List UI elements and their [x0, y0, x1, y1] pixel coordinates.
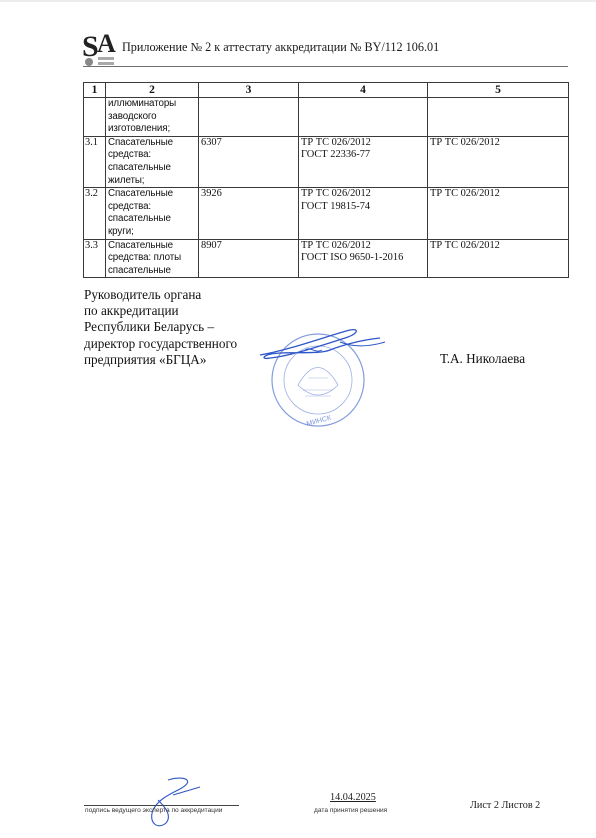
methods-cell: ТР ТС 026/2012 [428, 188, 569, 239]
product-name-line: средства: плоты [108, 252, 196, 265]
position-line: директор государственного [84, 336, 237, 352]
column-header: 4 [299, 83, 428, 98]
svg-text:A: A [97, 29, 116, 58]
product-name-line: Спасательные [108, 188, 196, 201]
requirement-line: ТР ТС 026/2012 [301, 188, 425, 201]
table-row: 3.2Спасательныесредства:спасательныекруг… [84, 188, 569, 239]
bsca-logo-icon: S A [82, 26, 118, 68]
product-name-cell: иллюминаторызаводскогоизготовления; [106, 98, 199, 137]
product-name-line: спасательные [108, 162, 196, 175]
position-line: предприятия «БГЦА» [84, 352, 237, 368]
tnved-code-cell [199, 98, 299, 137]
page-edge [0, 0, 596, 2]
column-header: 5 [428, 83, 569, 98]
requirements-cell: ТР ТС 026/2012ГОСТ ISO 9650-1-2016 [299, 239, 428, 278]
methods-cell: ТР ТС 026/2012 [428, 136, 569, 187]
column-header: 3 [199, 83, 299, 98]
column-header: 2 [106, 83, 199, 98]
row-number-cell: 3.3 [84, 239, 106, 278]
product-name-line: средства: [108, 201, 196, 214]
requirements-cell: ТР ТС 026/2012ГОСТ 19815-74 [299, 188, 428, 239]
product-name-cell: Спасательныесредства: плотыспасательные [106, 239, 199, 278]
requirement-line: ГОСТ 19815-74 [301, 201, 425, 214]
methods-cell: ТР ТС 026/2012 [428, 239, 569, 278]
signatory-name: Т.А. Николаева [440, 351, 525, 367]
product-name-line: спасательные [108, 265, 196, 278]
position-line: Руководитель органа [84, 287, 237, 303]
product-name-line: средства: [108, 149, 196, 162]
accreditation-scope-table: 1 2 3 4 5 иллюминаторызаводскогоизготовл… [83, 82, 569, 278]
decision-date-caption: дата принятия решения [314, 807, 387, 814]
product-name-line: жилеты; [108, 175, 196, 188]
product-name-line: изготовления; [108, 123, 196, 136]
position-line: по аккредитации [84, 303, 237, 319]
position-line: Республики Беларусь – [84, 319, 237, 335]
tnved-code-cell: 8907 [199, 239, 299, 278]
product-name-line: иллюминаторы [108, 98, 196, 111]
product-name-line: круги; [108, 226, 196, 239]
requirement-line: ГОСТ ISO 9650-1-2016 [301, 252, 425, 265]
expert-signature-line [84, 805, 239, 806]
product-name-cell: Спасательныесредства:спасательныекруги; [106, 188, 199, 239]
table-row: иллюминаторызаводскогоизготовления; [84, 98, 569, 137]
row-number-cell: 3.2 [84, 188, 106, 239]
product-name-line: заводского [108, 111, 196, 124]
methods-cell [428, 98, 569, 137]
expert-signature-caption: подпись ведущего эксперта по аккредитаци… [85, 807, 222, 814]
document-header-title: Приложение № 2 к аттестату аккредитации … [122, 40, 439, 55]
product-name-cell: Спасательныесредства:спасательныежилеты; [106, 136, 199, 187]
product-name-line: Спасательные [108, 137, 196, 150]
requirement-line: ТР ТС 026/2012 [301, 137, 425, 150]
column-header: 1 [84, 83, 106, 98]
sheet-number: Лист 2 Листов 2 [470, 800, 540, 811]
table-row: 3.3Спасательныесредства: плотыспасательн… [84, 239, 569, 278]
tnved-code-cell: 6307 [199, 136, 299, 187]
header-divider [83, 66, 568, 67]
table-row: 3.1Спасательныесредства:спасательныежиле… [84, 136, 569, 187]
requirements-cell: ТР ТС 026/2012ГОСТ 22336-77 [299, 136, 428, 187]
row-number-cell [84, 98, 106, 137]
requirements-cell [299, 98, 428, 137]
table-header-row: 1 2 3 4 5 [84, 83, 569, 98]
decision-date: 14.04.2025 [330, 792, 376, 803]
handwritten-signature-icon [250, 320, 390, 380]
signatory-position: Руководитель органа по аккредитации Респ… [84, 287, 237, 368]
product-name-line: спасательные [108, 213, 196, 226]
requirement-line: ГОСТ 22336-77 [301, 149, 425, 162]
requirement-line: ТР ТС 026/2012 [301, 240, 425, 253]
tnved-code-cell: 3926 [199, 188, 299, 239]
product-name-line: Спасательные [108, 240, 196, 253]
row-number-cell: 3.1 [84, 136, 106, 187]
